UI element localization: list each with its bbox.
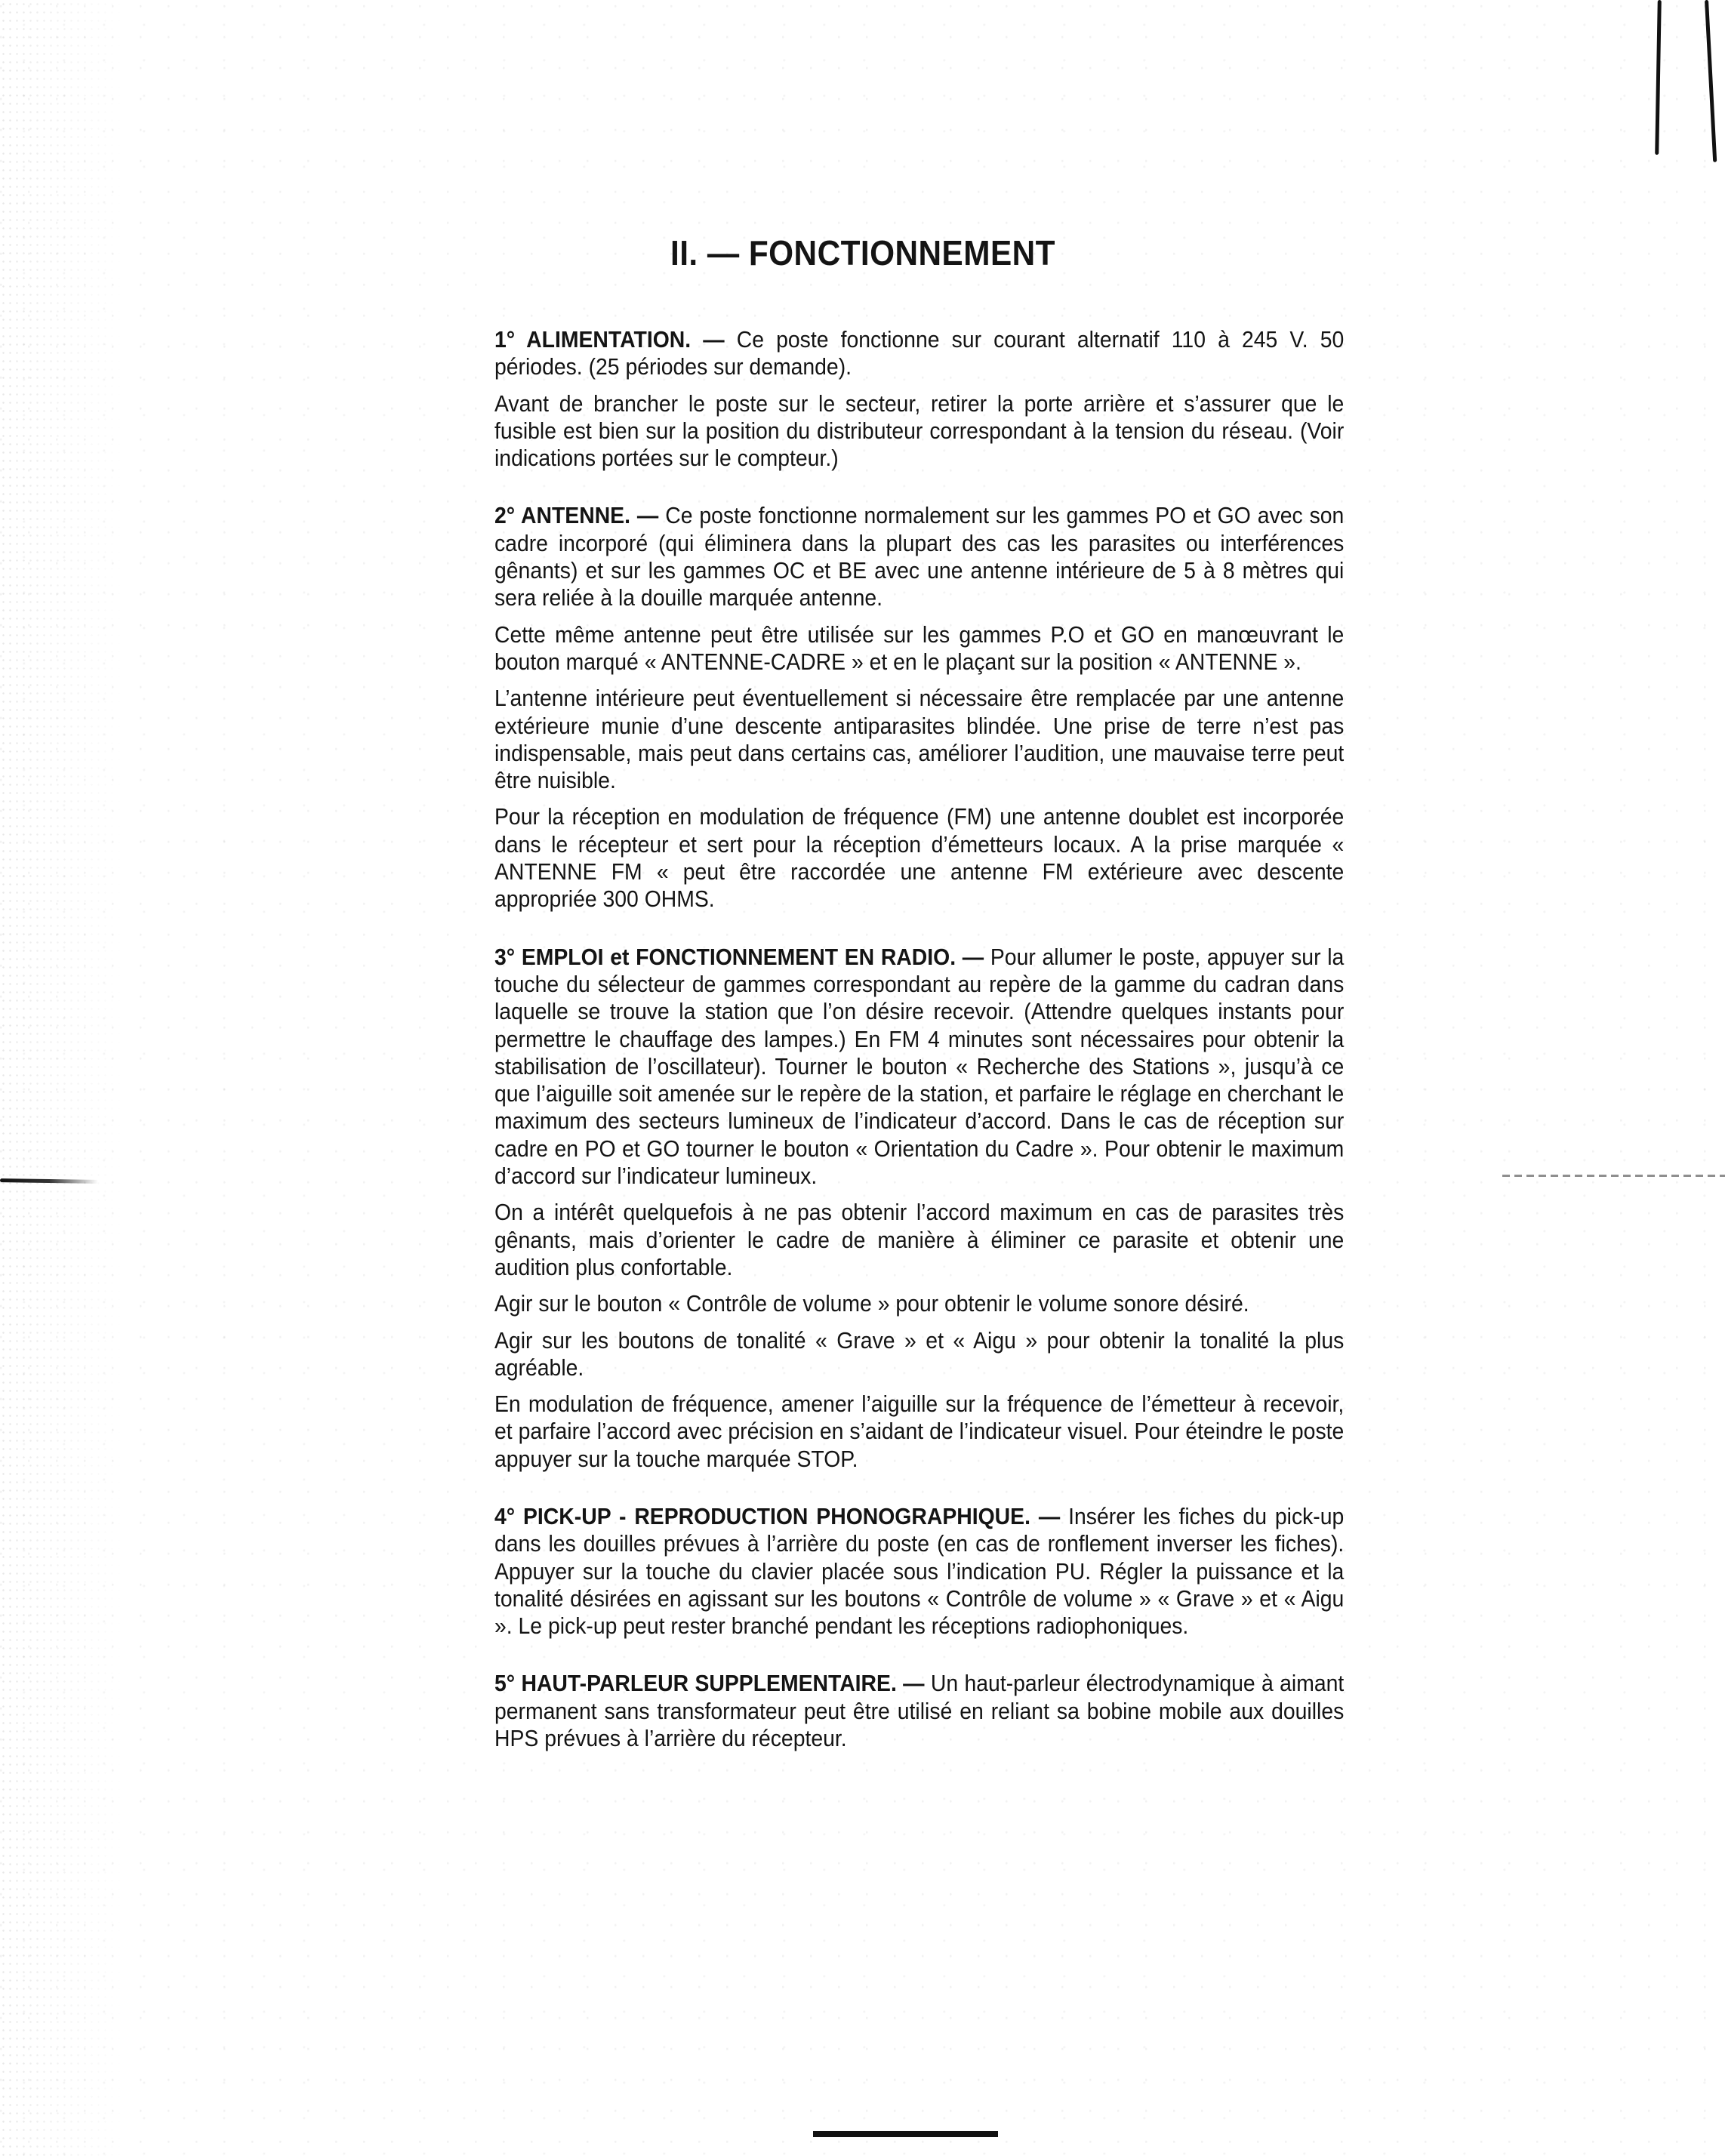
paragraph: 4° PICK-UP - REPRODUCTION PHONOGRAPHIQUE… (494, 1503, 1344, 1640)
paragraph: 3° EMPLOI et FONCTIONNEMENT EN RADIO. — … (494, 944, 1344, 1190)
paragraph-text: Pour allumer le poste, appuyer sur la to… (494, 944, 1344, 1189)
scan-noise (0, 0, 128, 2156)
paragraph: 2° ANTENNE. — Ce poste fonctionne normal… (494, 502, 1344, 611)
paragraph: 5° HAUT-PARLEUR SUPPLEMENTAIRE. — Un hau… (494, 1670, 1344, 1752)
paragraph: Avant de brancher le poste sur le secteu… (494, 390, 1344, 473)
paragraph: Agir sur le bouton « Contrôle de volume … (494, 1290, 1344, 1317)
binder-mark (1655, 0, 1662, 155)
paragraph: En modulation de fréquence, amener l’aig… (494, 1391, 1344, 1473)
section-heading: 3° EMPLOI et FONCTIONNEMENT EN RADIO. — (494, 944, 984, 970)
paragraph: Pour la réception en modulation de fréqu… (494, 803, 1344, 913)
section-heading: 5° HAUT-PARLEUR SUPPLEMENTAIRE. — (494, 1671, 925, 1696)
section-alimentation: 1° ALIMENTATION. — Ce poste fonctionne s… (494, 326, 1344, 472)
paragraph: On a intérêt quelquefois à ne pas obteni… (494, 1199, 1344, 1281)
section-heading: 1° ALIMENTATION. — (494, 327, 725, 353)
page-title: II. — FONCTIONNEMENT (670, 233, 1055, 273)
scanned-page: II. — FONCTIONNEMENT 1° ALIMENTATION. — … (0, 0, 1725, 2156)
binder-mark (1705, 0, 1717, 162)
paragraph: Agir sur les boutons de tonalité « Grave… (494, 1327, 1344, 1382)
paragraph: 1° ALIMENTATION. — Ce poste fonctionne s… (494, 326, 1344, 381)
section-heading: 4° PICK-UP - REPRODUCTION PHONOGRAPHIQUE… (494, 1504, 1060, 1529)
section-emploi-radio: 3° EMPLOI et FONCTIONNEMENT EN RADIO. — … (494, 944, 1344, 1473)
document-body: 1° ALIMENTATION. — Ce poste fonctionne s… (494, 326, 1344, 1752)
section-heading: 2° ANTENNE. — (494, 503, 658, 528)
paragraph: Cette même antenne peut être utilisée su… (494, 621, 1344, 676)
fold-mark-right (1502, 1175, 1725, 1177)
paragraph: L’antenne intérieure peut éventuellement… (494, 685, 1344, 794)
section-haut-parleur: 5° HAUT-PARLEUR SUPPLEMENTAIRE. — Un hau… (494, 1670, 1344, 1752)
section-antenne: 2° ANTENNE. — Ce poste fonctionne normal… (494, 502, 1344, 913)
section-pick-up: 4° PICK-UP - REPRODUCTION PHONOGRAPHIQUE… (494, 1503, 1344, 1640)
end-divider (813, 2131, 998, 2137)
